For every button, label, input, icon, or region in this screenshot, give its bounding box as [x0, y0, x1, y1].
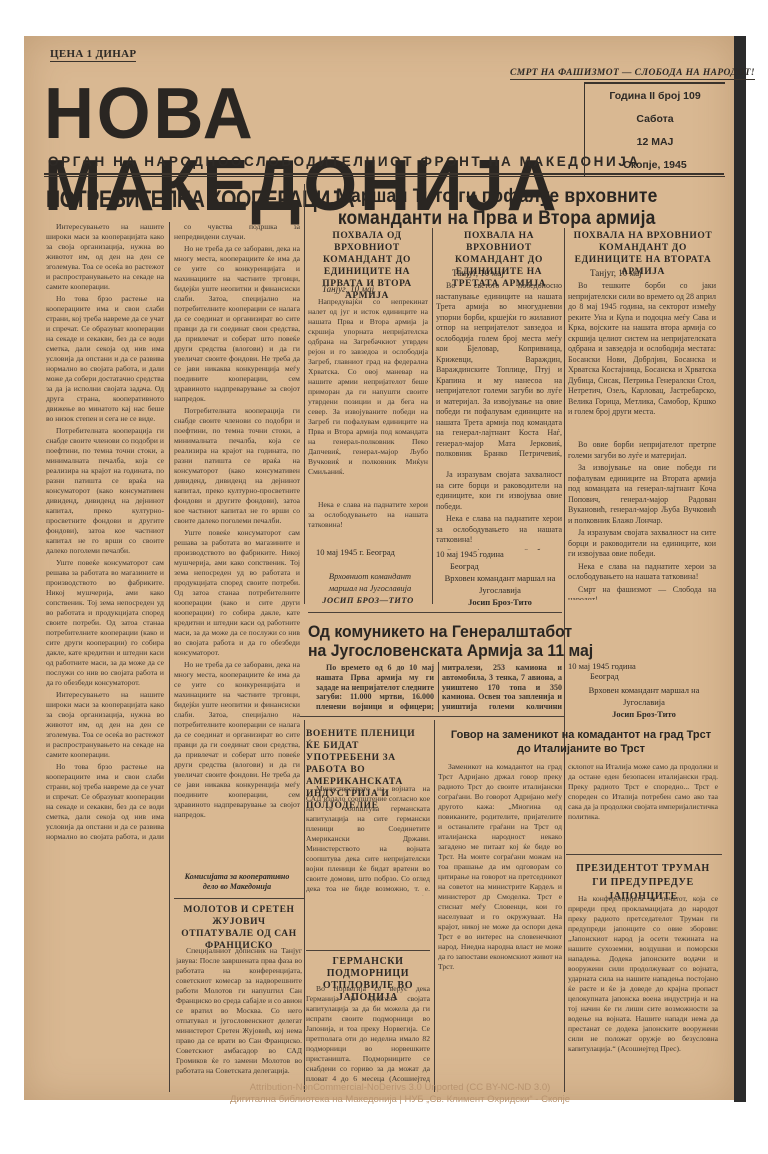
- molotov-paragraph: Специјалниот дописник на Танјуг јавува: …: [176, 946, 302, 1076]
- trieste-headline: Говор на заменикот на комадантот на град…: [440, 728, 722, 756]
- communique-headline-line2: на Југословенската Армија за 11 мај: [308, 641, 593, 660]
- communique-headline: Од комуникето на Генералштабот на Југосл…: [308, 622, 593, 660]
- section-divider: [306, 950, 430, 951]
- section-divider: [566, 854, 722, 855]
- praise-third-army-closing: Ја изразувам својата захвалност на сите …: [436, 470, 562, 550]
- communique-text: По времето од 6 до 10 мај нашата Прва ар…: [316, 663, 434, 711]
- communique-column-1: По времето од 6 до 10 мај нашата Прва ар…: [316, 663, 434, 711]
- tito-headline-line1: Маршал Тито ги пофалуе врховните: [336, 186, 658, 208]
- column-divider: [438, 662, 439, 712]
- price-label: ЦЕНА 1 ДИНАР: [50, 48, 136, 62]
- cooperation-paragraph: Уште повеќе консуматорот сам решава за р…: [174, 528, 300, 658]
- trieste-column-1: Заменикот на комадантот на град Трст Адр…: [438, 762, 562, 1092]
- praise-third-army-signature-role: Врховен командант маршал на Југославија: [440, 572, 560, 596]
- cooperation-column-1: Интересувањето на нашите широки маси за …: [46, 222, 164, 842]
- cooperation-paragraph: Интересувањето на нашите широки маси за …: [46, 690, 164, 760]
- trieste-paragraph: склопот на Италија може само да продолжи…: [568, 762, 718, 822]
- praise-third-army-signature: Јосип Броз-Тито: [440, 596, 560, 608]
- column-divider: [564, 228, 565, 1092]
- issue-date: 12 МАЈ: [637, 136, 674, 148]
- section-divider: [174, 898, 304, 899]
- communique-text: митралези, 253 камиона и автомобила, 3 т…: [442, 663, 562, 711]
- cooperation-headline: ПОТРЕБИТЕЛНА КООПЕРАЦИЈА: [46, 186, 354, 214]
- column-divider: [169, 222, 170, 1092]
- praise-second-army-dateline: Танјуг, 10 мај: [590, 268, 642, 278]
- truman-body: На конференцијата за печатот, која се пр…: [568, 894, 718, 1090]
- tito-headline-line2: команданти на Прва и Втора армија: [336, 208, 658, 230]
- praise-thanks: Ја изразувам својата захвалност на сите …: [436, 470, 562, 512]
- cooperation-paragraph: Но не треба да се заборави, дека на мног…: [174, 660, 300, 820]
- cooperation-paragraph: Но това брзо растење на кооперациите има…: [46, 294, 164, 424]
- issue-place-year: Скопје, 1945: [623, 159, 686, 171]
- praise-third-army-date: 10 мај 1945 година: [436, 548, 562, 560]
- license-line: Attribution-NonCommercial-NoDerivs 3.0 U…: [200, 1082, 600, 1094]
- cooperation-signature: Комисијата за кооперативно дело во Макед…: [180, 872, 294, 892]
- praise-paragraph: Во тешките борби со јаки непријателски с…: [568, 281, 716, 418]
- praise-closing: Нека е слава на паднатите херои за ослоб…: [436, 514, 562, 546]
- communique-column-2: митралези, 253 камиона и автомобила, 3 т…: [442, 663, 562, 711]
- praise-second-army-signature: Јосип Броз-Тито: [572, 708, 716, 720]
- praise-closing: Нека е слава на паднатите херои за ослоб…: [568, 562, 716, 583]
- cooperation-column-2: со чувства подршка за непредвидени случа…: [174, 222, 300, 862]
- trieste-paragraph: Заменикот на комадантот на град Трст Адр…: [438, 762, 562, 972]
- cooperation-paragraph: Но не треба да се заборави, дека на мног…: [174, 244, 300, 404]
- cooperation-paragraph: Уште повеќе консуматорот сам решава за р…: [46, 558, 164, 688]
- praise-second-army-closing: Во овие борби непријателот претрпе голем…: [568, 440, 716, 600]
- praise-first-army-dateline: Танјуг, 10 мај: [322, 284, 374, 294]
- submarines-paragraph: Во Норвегија се верує дека Германија ја …: [306, 984, 430, 1084]
- praise-units: За извојување на овие победи ги пофалува…: [568, 463, 716, 526]
- praise-first-army-signature-role: Врховниот командант маршал на Југославиј…: [316, 570, 424, 594]
- column-divider: [434, 720, 435, 1092]
- praise-first-army-signature: ЈОСИП БРОЗ—ТИТО: [308, 594, 428, 606]
- column-divider: [304, 184, 305, 604]
- pows-paragraph: Министерството на војната на САД издало …: [306, 784, 430, 896]
- submarines-body: Во Норвегија се верує дека Германија ја …: [306, 984, 430, 1084]
- praise-third-army-body: Во светото победоносно настапување едини…: [436, 281, 562, 459]
- issue-weekday: Сабота: [636, 113, 673, 125]
- trieste-column-2: склопот на Италија може само да продолжи…: [568, 762, 718, 842]
- masthead-rule-thin: [44, 176, 724, 177]
- praise-first-army-body: Напредувајќи со непрекинат налет од југ …: [308, 297, 428, 497]
- library-credit: Дигитална библиотека на Македонија | НУБ…: [200, 1094, 600, 1106]
- praise-thanks: Ја изразувам својата захвалност на сите …: [568, 528, 716, 560]
- truman-paragraph: На конференцијата за печатот, која се пр…: [568, 894, 718, 1054]
- issue-info-box: Година II број 109 Сабота 12 МАЈ Скопје,…: [584, 82, 725, 177]
- cooperation-paragraph: Потребителната кооперација ги снабде сво…: [174, 406, 300, 526]
- praise-first-army-date: 10 мај 1945 г. Београд: [308, 546, 428, 558]
- column-divider: [304, 720, 305, 1092]
- masthead-rule: [44, 173, 724, 175]
- praise-losses: Во овие борби непријателот претрпе голем…: [568, 440, 716, 461]
- praise-first-army-closing: Нека е слава на паднатите херои за ослоб…: [308, 500, 428, 530]
- praise-second-army-signature-role: Врховен командант маршал на Југославија: [572, 684, 716, 708]
- praise-paragraph: Во светото победоносно настапување едини…: [436, 281, 562, 459]
- praise-third-army-dateline: Танјуг, 10 мај: [452, 268, 504, 278]
- praise-paragraph: Напредувајќи со непрекинат налет од југ …: [308, 297, 428, 477]
- newspaper-subtitle: ОРГАН НА НАРОДНООСЛОБОДИТЕЛНИОТ ФРОНТ НА…: [48, 154, 641, 169]
- praise-second-army-body: Во тешките борби со јаки непријателски с…: [568, 281, 716, 441]
- cooperation-paragraph: Потребителната кооперација ги снабде сво…: [46, 426, 164, 556]
- communique-headline-line1: Од комуникето на Генералштабот: [308, 622, 593, 641]
- pows-body: Министерството на војната на САД издало …: [306, 784, 430, 896]
- molotov-headline: МОЛОТОВ И СРЕТЕН ЖУЈОВИЧ ОТПАТУВАЛЕ ОД С…: [176, 904, 302, 952]
- section-divider: [300, 716, 564, 717]
- praise-third-army-place: Београд: [450, 560, 550, 572]
- molotov-body: Специјалниот дописник на Танјуг јавува: …: [176, 946, 302, 1092]
- praise-second-army-place: Београд: [590, 670, 690, 682]
- license-watermark: Attribution-NonCommercial-NoDerivs 3.0 U…: [200, 1082, 600, 1106]
- cooperation-paragraph: Интересувањето на нашите широки маси за …: [46, 222, 164, 292]
- praise-slogan: Смрт на фашизмот — Слобода на народот!: [568, 585, 716, 601]
- tito-headline: Маршал Тито ги пофалуе врховните команда…: [336, 186, 658, 230]
- trieste-headline-line1: Говор на заменикот на комадантот на град…: [440, 728, 722, 742]
- section-divider: [308, 612, 562, 613]
- praise-closing: Нека е слава на паднатите херои за ослоб…: [308, 500, 428, 530]
- issue-number: Година II број 109: [609, 90, 700, 102]
- cooperation-paragraph: Но това брзо растење на кооперациите има…: [46, 762, 164, 842]
- trieste-headline-line2: до Италијаните во Трст: [440, 742, 722, 756]
- cooperation-paragraph: со чувства подршка за непредвидени случа…: [174, 222, 300, 242]
- column-divider: [432, 228, 433, 604]
